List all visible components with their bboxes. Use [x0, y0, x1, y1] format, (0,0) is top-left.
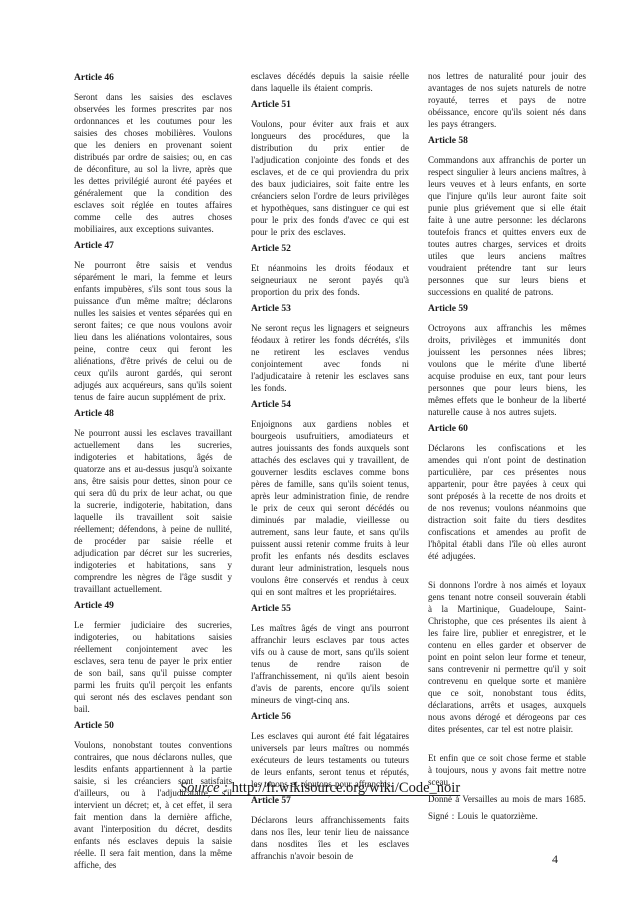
article-paragraph: Ne pourront aussi les esclaves travailla…	[74, 427, 232, 595]
article-paragraph: Ne seront reçus les lignagers et seigneu…	[251, 322, 409, 394]
article-paragraph: Enjoignons aux gardiens nobles et bourge…	[251, 418, 409, 598]
paragraph-spacer	[428, 567, 586, 579]
article-paragraph: Les maîtres âgés de vingt ans pourront a…	[251, 622, 409, 706]
source-line: Source : http://fr.wikisource.org/wiki/C…	[0, 778, 640, 798]
article-paragraph: esclaves décédés depuis la saisie réelle…	[251, 70, 409, 94]
article-paragraph: Commandons aux affranchis de porter un r…	[428, 154, 586, 298]
article-paragraph: Déclarons leurs affranchissements faits …	[251, 814, 409, 862]
article-paragraph: Signé : Louis le quatorzième.	[428, 810, 586, 822]
article-heading: Article 48	[74, 408, 232, 420]
article-paragraph: nos lettres de naturalité pour jouir des…	[428, 70, 586, 130]
article-heading: Article 53	[251, 303, 409, 315]
article-heading: Article 50	[74, 720, 232, 732]
source-link[interactable]: http://fr.wikisource.org/wiki/Code_noir	[232, 780, 461, 796]
article-heading: Article 47	[74, 240, 232, 252]
article-heading: Article 59	[428, 303, 586, 315]
source-inner: Source : http://fr.wikisource.org/wiki/C…	[180, 780, 460, 796]
article-paragraph: Déclarons les confiscations et les amend…	[428, 442, 586, 562]
article-heading: Article 60	[428, 423, 586, 435]
page-number: 4	[552, 852, 558, 867]
article-paragraph: Octroyons aux affranchis les mêmes droit…	[428, 322, 586, 418]
article-heading: Article 55	[251, 603, 409, 615]
article-paragraph: Le fermier judiciaire des sucreries, ind…	[74, 619, 232, 715]
article-heading: Article 58	[428, 135, 586, 147]
article-paragraph: Ne pourront être saisis et vendus séparé…	[74, 259, 232, 403]
column-3: nos lettres de naturalité pour jouir des…	[428, 70, 586, 876]
article-heading: Article 56	[251, 711, 409, 723]
article-heading: Article 54	[251, 399, 409, 411]
article-paragraph: Seront dans les saisies des esclaves obs…	[74, 91, 232, 235]
article-columns: Article 46Seront dans les saisies des es…	[74, 70, 586, 876]
article-paragraph: Voulons, pour éviter aux frais et aux lo…	[251, 118, 409, 238]
document-page: Article 46Seront dans les saisies des es…	[0, 0, 640, 906]
article-heading: Article 49	[74, 600, 232, 612]
column-2: esclaves décédés depuis la saisie réelle…	[251, 70, 409, 876]
article-heading: Article 46	[74, 72, 232, 84]
source-label: Source :	[180, 780, 228, 796]
article-heading: Article 51	[251, 99, 409, 111]
article-paragraph: Si donnons l'ordre à nos aimés et loyaux…	[428, 579, 586, 735]
article-heading: Article 52	[251, 243, 409, 255]
paragraph-spacer	[428, 740, 586, 752]
article-paragraph: Voulons, nonobstant toutes conventions c…	[74, 739, 232, 871]
column-1: Article 46Seront dans les saisies des es…	[74, 70, 232, 876]
article-paragraph: Et néanmoins les droits féodaux et seign…	[251, 262, 409, 298]
